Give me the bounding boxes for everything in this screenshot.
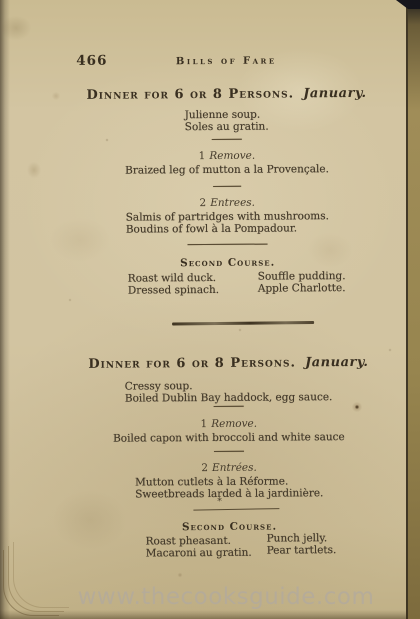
course-number: 2	[199, 197, 206, 209]
watermark: www.thecooksguide.com	[46, 584, 406, 610]
course-label: Entrees.	[210, 197, 255, 209]
menu2-month: January.	[305, 355, 368, 370]
menu-item: Boiled Dublin Bay haddock, egg sauce.	[125, 391, 333, 404]
menu-item: Dressed spinach.	[128, 284, 219, 297]
menu1-entrees-heading: 2Entrees.	[47, 196, 407, 211]
asterisk-rule: *	[193, 500, 279, 513]
page-stack-corner-curve	[13, 542, 69, 608]
course-label: Remove.	[211, 418, 257, 430]
menu1-remove-heading: 1Remove.	[47, 149, 407, 164]
page-gutter-edge	[0, 0, 10, 619]
menu-item: Roast pheasant.	[146, 535, 252, 548]
menu-item: Braized leg of mutton a la Provençale.	[47, 163, 407, 178]
menu1-opening: Julienne soup. Soles au gratin.	[47, 108, 407, 136]
menu1-second-course-right: Souffle pudding. Apple Charlotte.	[258, 270, 346, 295]
menu2-second-course-left: Roast pheasant. Macaroni au gratin.	[146, 535, 252, 560]
menu-item: Pear tartlets.	[267, 544, 337, 556]
page-content: 466 Bills of Fare Dinner for 6 or 8 Pers…	[0, 0, 420, 619]
running-header: Bills of Fare	[46, 55, 406, 69]
menu2-entrees-heading: 2Entrées.	[49, 461, 409, 476]
section-rule	[214, 406, 244, 407]
section-rule	[213, 186, 241, 187]
section-rule	[212, 139, 242, 140]
menu-item: Punch jelly.	[267, 532, 337, 544]
menu1-month: January.	[303, 86, 366, 101]
menu-item: Roast wild duck.	[128, 272, 219, 285]
menu-item: Boiled capon with broccoli and white sau…	[49, 431, 409, 446]
course-number: 2	[201, 462, 208, 474]
section-rule	[193, 508, 279, 511]
menu-item: Sweetbreads larded à la jardinière.	[135, 487, 323, 500]
menu-divider-rule	[172, 321, 314, 325]
menu2-remove-heading: 1Remove.	[49, 417, 409, 432]
section-rule	[214, 451, 244, 452]
menu1-title-text: Dinner for 6 or 8 Persons.	[86, 86, 294, 102]
menu1-title: Dinner for 6 or 8 Persons.January.	[46, 86, 406, 104]
menu1-second-course-left: Roast wild duck. Dressed spinach.	[128, 272, 219, 297]
course-label: Entrées.	[212, 462, 257, 474]
menu1-entrees-items: Salmis of partridges with mushrooms. Bou…	[47, 210, 407, 238]
menu2-second-course-right: Punch jelly. Pear tartlets.	[267, 532, 337, 556]
menu-item: Apple Charlotte.	[258, 282, 346, 295]
menu-item: Macaroni au gratin.	[146, 547, 252, 560]
menu2-entrees-items: Mutton cutlets à la Réforme. Sweetbreads…	[49, 475, 409, 503]
menu-item: Boudins of fowl à la Pompadour.	[126, 222, 329, 235]
section-rule	[188, 244, 268, 246]
menu-item: Souffle pudding.	[258, 270, 346, 283]
menu2-second-course-heading: Second Course.	[49, 520, 409, 535]
menu2-opening: Cressy soup. Boiled Dublin Bay haddock, …	[48, 379, 408, 407]
book-page-scan: 466 Bills of Fare Dinner for 6 or 8 Pers…	[0, 0, 420, 619]
menu-item: Soles au gratin.	[185, 121, 269, 134]
menu2-title: Dinner for 6 or 8 Persons.January.	[48, 355, 408, 373]
course-label: Remove.	[209, 150, 255, 162]
menu-item: Salmis of partridges with mushrooms.	[126, 210, 329, 223]
course-number: 1	[200, 418, 207, 430]
menu1-second-course-heading: Second Course.	[48, 256, 408, 271]
underlying-pages-edge	[408, 0, 420, 619]
menu-item: Julienne soup.	[185, 109, 269, 122]
asterisk-ornament: *	[217, 497, 222, 507]
menu2-title-text: Dinner for 6 or 8 Persons.	[88, 355, 296, 371]
course-number: 1	[199, 150, 206, 162]
